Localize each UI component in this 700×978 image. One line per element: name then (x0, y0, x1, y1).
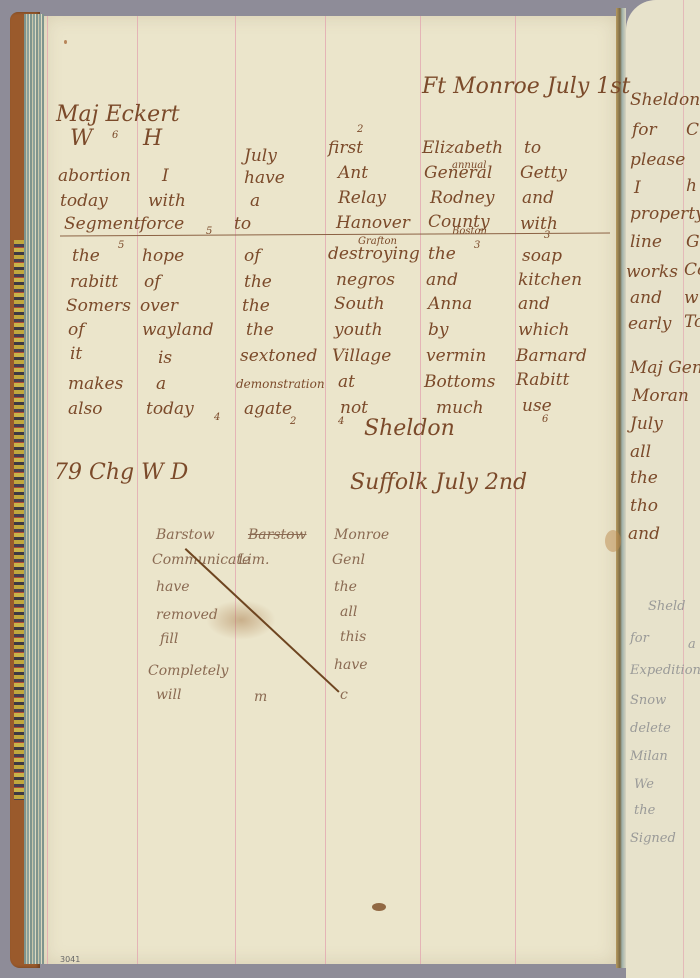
code-word: have (334, 658, 368, 672)
code-word: is (158, 350, 172, 367)
code-word: General (424, 165, 492, 182)
facing-fragment: h (686, 178, 697, 195)
code-word: fill (160, 632, 178, 646)
code-word: also (68, 401, 103, 418)
page-number: 3041 (60, 955, 80, 964)
facing-word: and (630, 290, 662, 307)
facing-pencil-word: Snow (630, 694, 666, 707)
facing-word: works (626, 264, 678, 281)
code-word: Village (332, 348, 391, 365)
code-word: Barnard (516, 348, 587, 365)
code-word: wayland (142, 322, 214, 339)
code-word: Barstow (156, 528, 215, 542)
facing-pencil-fragment: a (688, 638, 696, 651)
code-word: Getty (520, 165, 567, 182)
superscript: 4 (214, 412, 220, 423)
code-word: have (244, 170, 285, 187)
facing-word: Moran (632, 388, 689, 405)
addressee-initial-h: H (143, 128, 162, 150)
facing-word: July (630, 416, 663, 433)
page-edges (24, 14, 44, 964)
note-chg-wd: 79 Chg W D (54, 462, 188, 484)
code-word: abortion (58, 168, 131, 185)
code-word: Rodney (430, 190, 495, 207)
facing-word: for (632, 122, 657, 139)
ink-spot (64, 40, 67, 44)
ledger-scan: Ft Monroe July 1st Maj Eckert W 6 H abor… (0, 0, 700, 978)
code-word: soap (522, 248, 562, 265)
code-word: today (146, 401, 194, 418)
facing-fragment: G (686, 234, 700, 251)
code-word: Elizabeth (422, 140, 503, 157)
facing-word: I (634, 180, 641, 197)
code-word: with (148, 193, 186, 210)
superscript: 6 (112, 130, 118, 141)
facing-word: line (630, 234, 662, 251)
paper-stain (605, 530, 621, 552)
facing-fragment: C (686, 122, 699, 139)
code-word: South (334, 296, 385, 313)
code-word: will (156, 688, 181, 702)
code-word: to (234, 216, 251, 233)
code-word: a (156, 376, 166, 393)
code-word: Anna (428, 296, 472, 313)
facing-word: all (630, 444, 651, 461)
code-word: Rabitt (516, 372, 569, 389)
ink-stain (206, 600, 276, 640)
code-word: first (328, 140, 363, 157)
facing-fragment: Co (684, 262, 700, 279)
superscript: 2 (357, 124, 363, 135)
code-word: hope (142, 248, 184, 265)
superscript: 3 (474, 240, 480, 251)
code-word: I (162, 168, 169, 185)
facing-pencil-word: Signed (630, 832, 676, 845)
code-word: vermin (426, 348, 486, 365)
code-word: much (436, 400, 484, 417)
code-word: Somers (66, 298, 131, 315)
code-word: Monroe (334, 528, 389, 542)
column-rule (137, 16, 138, 964)
struck-code-word: Barstow (248, 528, 307, 542)
facing-word: early (628, 316, 671, 333)
facing-pencil-word: Expedition (630, 664, 700, 677)
code-word: c (340, 688, 348, 702)
code-word: over (140, 298, 178, 315)
place-date-heading-2: Suffolk July 2nd (350, 472, 527, 494)
code-word: Lim. (238, 553, 270, 567)
addressee-name: Maj Eckert (56, 104, 180, 126)
code-word: which (518, 322, 569, 339)
code-word: today (60, 193, 108, 210)
facing-page-rule (683, 0, 684, 978)
code-word: and (426, 272, 458, 289)
facing-word: the (630, 470, 658, 487)
place-date-heading: Ft Monroe July 1st (422, 76, 630, 98)
facing-pencil-word: delete (630, 722, 671, 735)
left-page (44, 16, 616, 964)
code-word: force (140, 216, 184, 233)
facing-pencil-word: We (634, 778, 654, 791)
code-word: the (334, 580, 357, 594)
code-word: destroying (328, 246, 420, 263)
code-word: July (244, 148, 277, 165)
code-word: by (428, 322, 449, 339)
annotation: Boston (452, 226, 487, 237)
code-word: the (244, 274, 272, 291)
code-word: negros (336, 272, 395, 289)
facing-word: please (630, 152, 685, 169)
code-word: Completely (148, 664, 228, 678)
facing-word: tho (630, 498, 658, 515)
signature-sheldon: Sheldon (364, 418, 455, 440)
code-word: the (246, 322, 274, 339)
facing-pencil-word: Milan (630, 750, 668, 763)
code-word: and (518, 296, 550, 313)
code-word: the (428, 246, 456, 263)
code-word: sextoned (240, 348, 317, 365)
code-word: rabitt (70, 274, 118, 291)
superscript: 2 (290, 416, 296, 427)
code-word: to (524, 140, 541, 157)
facing-pencil-word: the (634, 804, 655, 817)
code-word: not (340, 400, 368, 417)
code-word: youth (334, 322, 383, 339)
margin-rule (47, 16, 48, 964)
code-word: Bottoms (424, 374, 495, 391)
facing-word: Maj Gen (630, 360, 700, 377)
code-word: kitchen (518, 272, 582, 289)
code-word: have (156, 580, 190, 594)
code-word: Relay (338, 190, 386, 207)
ink-blot (372, 903, 386, 911)
facing-word: property (630, 206, 700, 223)
code-word: of (68, 322, 85, 339)
code-word: the (242, 298, 270, 315)
facing-pencil-word: for (630, 632, 649, 645)
superscript: 5 (118, 240, 124, 251)
addressee-initial-w: W (70, 128, 93, 150)
superscript: 3 (544, 230, 550, 241)
facing-word: and (628, 526, 660, 543)
code-word: this (340, 630, 366, 644)
code-word: Genl (332, 553, 365, 567)
code-word: the (72, 248, 100, 265)
code-word: at (338, 374, 355, 391)
facing-word: Sheldon (630, 92, 700, 109)
facing-pencil-word: Sheld (648, 600, 685, 613)
code-word: use (522, 398, 552, 415)
code-word: agate (244, 401, 292, 418)
code-word: a (250, 193, 260, 210)
code-word: Segment (64, 216, 141, 233)
column-rule (235, 16, 236, 964)
column-rule (325, 16, 326, 964)
book-gutter (616, 8, 626, 968)
code-word: Ant (338, 165, 368, 182)
code-word: all (340, 605, 357, 619)
facing-fragment: w (684, 290, 699, 307)
code-word: m (254, 690, 267, 704)
code-word: demonstration (236, 378, 325, 390)
superscript: 6 (542, 414, 548, 425)
code-word: and (522, 190, 554, 207)
code-word: of (144, 274, 161, 291)
code-word: with (520, 216, 558, 233)
code-word: it (70, 346, 82, 363)
superscript: 4 (338, 416, 344, 427)
code-word: Hanover (336, 215, 410, 232)
facing-fragment: To (684, 314, 700, 331)
code-word: of (244, 248, 261, 265)
code-word: makes (68, 376, 123, 393)
